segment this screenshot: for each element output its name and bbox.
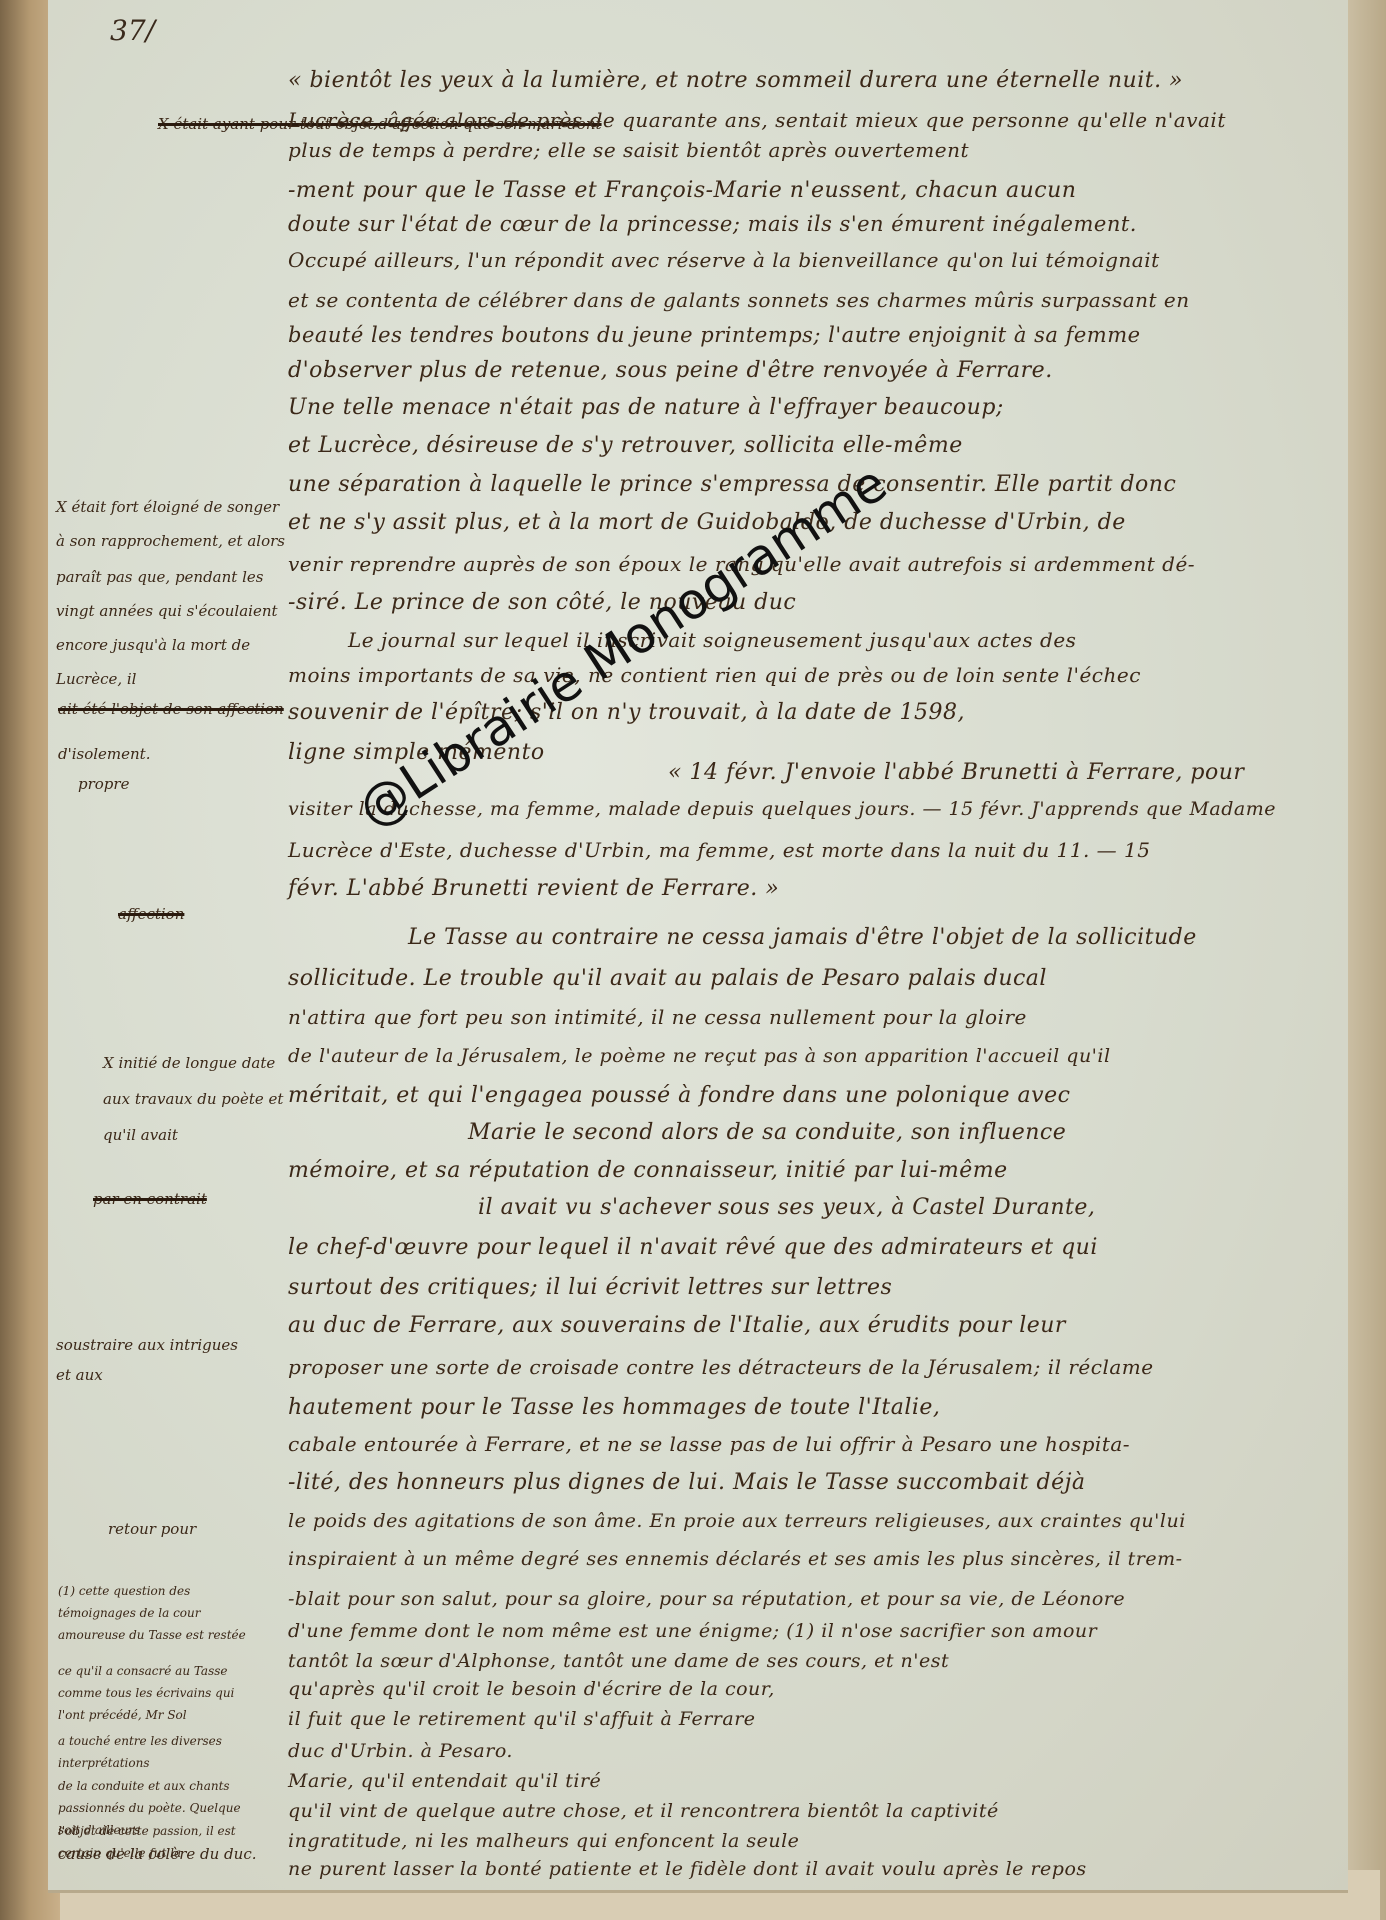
text-line: plus de temps à perdre; elle se saisit b…	[288, 138, 969, 162]
text-line: tantôt la sœur d'Alphonse, tantôt une da…	[288, 1650, 949, 1672]
page-edge	[1346, 0, 1386, 1920]
text-line: Occupé ailleurs, l'un répondit avec rése…	[288, 248, 1160, 272]
margin-note: d'isolement.	[58, 745, 150, 763]
text-line: qu'après qu'il croit le besoin d'écrire …	[288, 1678, 775, 1700]
text-line: Le Tasse au contraire ne cessa jamais d'…	[408, 925, 1197, 950]
margin-note: X initié de longue date aux travaux du p…	[103, 1045, 303, 1153]
footnote: a touché entre les diverses interprétati…	[58, 1730, 258, 1774]
text-line: -ment pour que le Tasse et François-Mari…	[288, 178, 1076, 203]
text-line: au duc de Ferrare, aux souverains de l'I…	[288, 1313, 1066, 1338]
text-line: d'observer plus de retenue, sous peine d…	[288, 358, 1053, 383]
text-line: sollicitude. Le trouble qu'il avait au p…	[288, 966, 1047, 991]
margin-note: ait été l'objet de son affection	[58, 700, 284, 718]
text-line: févr. L'abbé Brunetti revient de Ferrare…	[288, 876, 779, 901]
text-line: et se contenta de célébrer dans de galan…	[288, 288, 1190, 312]
text-line: il fuit que le retirement qu'il s'affuit…	[288, 1708, 756, 1730]
text-line: qu'il vint de quelque autre chose, et il…	[288, 1800, 999, 1822]
manuscript-page: 37/ X était ayant pour tout objet d'affe…	[48, 0, 1348, 1893]
text-line: Marie, qu'il entendait qu'il tiré	[288, 1770, 601, 1792]
text-line: et ne s'y assit plus, et à la mort de Gu…	[288, 510, 1126, 535]
text-line: hautement pour le Tasse les hommages de …	[288, 1395, 940, 1420]
margin-note: retour pour	[108, 1520, 196, 1538]
text-line: duc d'Urbin. à Pesaro.	[288, 1740, 513, 1762]
text-line: mémoire, et sa réputation de connaisseur…	[288, 1158, 1008, 1183]
text-line: « bientôt les yeux à la lumière, et notr…	[288, 68, 1183, 93]
text-line: « 14 févr. J'envoie l'abbé Brunetti à Fe…	[668, 760, 1244, 785]
text-line: -lité, des honneurs plus dignes de lui. …	[288, 1470, 1086, 1495]
text-line: Lucrèce d'Este, duchesse d'Urbin, ma fem…	[288, 838, 1150, 862]
text-line: proposer une sorte de croisade contre le…	[288, 1355, 1154, 1379]
text-line: beauté les tendres boutons du jeune prin…	[288, 323, 1141, 347]
text-line: souvenir de l'épître; s'il on n'y trouva…	[288, 700, 965, 725]
text-line: Marie le second alors de sa conduite, so…	[468, 1120, 1066, 1145]
text-line: -blait pour son salut, pour sa gloire, p…	[288, 1588, 1125, 1610]
text-line: ne purent lasser la bonté patiente et le…	[288, 1858, 1087, 1880]
text-line: surtout des critiques; il lui écrivit le…	[288, 1275, 892, 1300]
text-line: une séparation à laquelle le prince s'em…	[288, 472, 1176, 497]
footnote: ce qu'il a consacré au Tasse comme tous …	[58, 1660, 258, 1726]
text-line: inspiraient à un même degré ses ennemis …	[288, 1548, 1183, 1570]
text-line: il avait vu s'achever sous ses yeux, à C…	[478, 1195, 1095, 1220]
margin-note: propre	[78, 775, 129, 793]
text-line: et Lucrèce, désireuse de s'y retrouver, …	[288, 433, 963, 458]
text-line: de l'auteur de la Jérusalem, le poème ne…	[288, 1045, 1111, 1067]
margin-note: affection	[118, 905, 184, 923]
margin-note: X était fort éloigné de songer à son rap…	[56, 490, 286, 558]
text-line: méritait, et qui l'engagea poussé à fond…	[288, 1083, 1070, 1108]
footnote: cause de la colère du duc.	[58, 1845, 257, 1863]
margin-note: paraît pas que, pendant les vingt années…	[56, 560, 286, 696]
text-line: le poids des agitations de son âme. En p…	[288, 1510, 1186, 1532]
text-line: le chef-d'œuvre pour lequel il n'avait r…	[288, 1235, 1098, 1260]
text-line: doute sur l'état de cœur de la princesse…	[288, 212, 1137, 236]
text-line: Lucrèce, âgée alors de près de quarante …	[288, 108, 1226, 132]
text-line: Une telle menace n'était pas de nature à…	[288, 395, 1004, 420]
text-line: ingratitude, ni les malheurs qui enfonce…	[288, 1830, 799, 1852]
footnote: (1) cette question des témoignages de la…	[58, 1580, 258, 1646]
folio-number: 37/	[110, 14, 155, 47]
text-line: moins importants de sa vie, ne contient …	[288, 663, 1141, 687]
text-line: Le journal sur lequel il inscrivait soig…	[348, 628, 1076, 652]
margin-note: par en contrait	[93, 1190, 207, 1208]
margin-note: soustraire aux intrigues et aux	[56, 1330, 256, 1390]
text-line: cabale entourée à Ferrare, et ne se lass…	[288, 1432, 1130, 1456]
text-line: d'une femme dont le nom même est une éni…	[288, 1620, 1097, 1642]
text-line: n'attira que fort peu son intimité, il n…	[288, 1005, 1027, 1029]
